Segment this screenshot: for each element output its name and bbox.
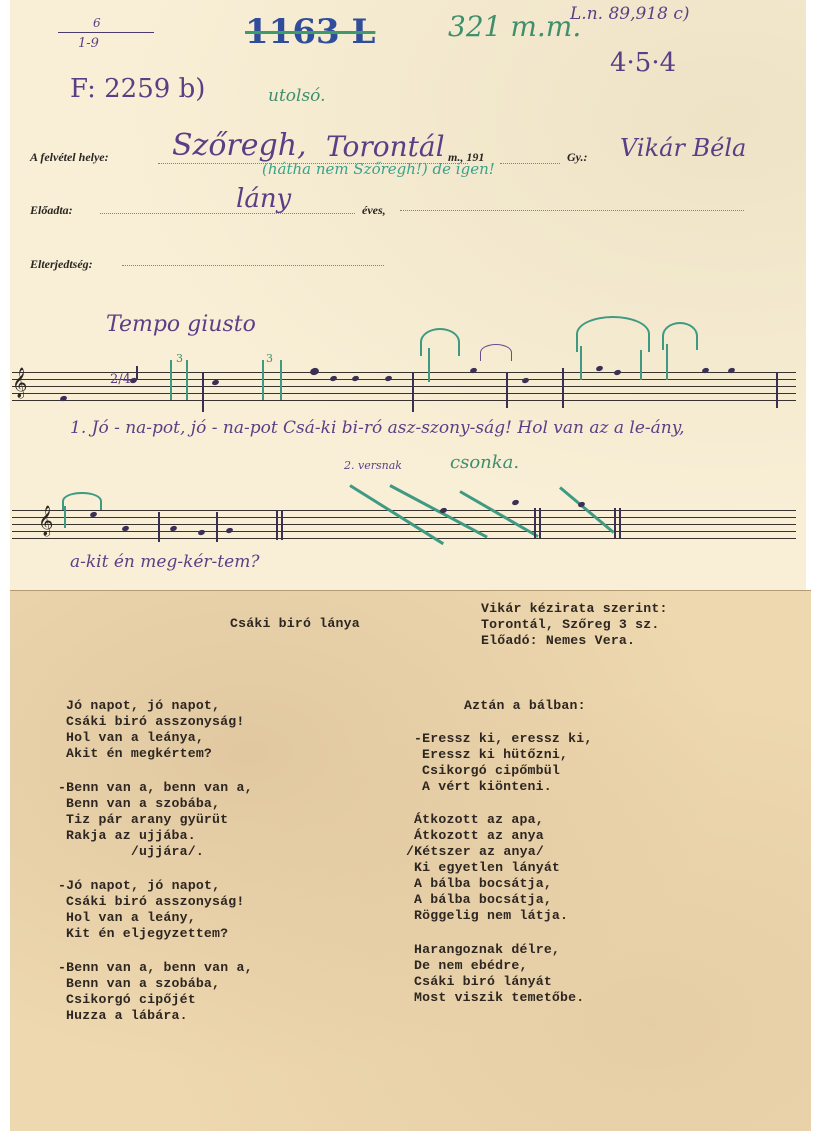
treble-clef-icon: 𝄞 xyxy=(12,368,27,399)
verse-line: -Benn van a, benn van a, xyxy=(58,960,253,976)
verse-line: De nem ebédre, xyxy=(414,958,528,974)
collector-label: Gy.: xyxy=(567,150,588,165)
source-line-3: Előadó: Nemes Vera. xyxy=(481,633,635,649)
barline xyxy=(216,512,218,542)
verse-line: Röggelig nem látja. xyxy=(414,908,568,924)
typed-transcript-card xyxy=(10,590,811,1131)
note-stem xyxy=(170,360,172,400)
performer-field xyxy=(100,213,355,214)
double-barline xyxy=(539,508,541,538)
time-signature: 2/4 xyxy=(110,372,131,387)
verse-line: Csáki biró lányát xyxy=(414,974,552,990)
barline xyxy=(202,372,204,412)
place-note: (hátha nem Szőregh!) de igen! xyxy=(262,160,495,178)
barline xyxy=(562,368,564,408)
verse-line: -Benn van a, benn van a, xyxy=(58,780,253,796)
measure-number: 321 m.m. xyxy=(448,10,581,43)
lyrics-line-2: a-kit én meg-kér-tem? xyxy=(70,552,259,572)
slur xyxy=(480,344,512,361)
verse-line: -Eressz ki, eressz ki, xyxy=(414,731,593,747)
note-stem xyxy=(580,346,582,380)
archive-number: F: 2259 b) xyxy=(70,74,205,104)
age-label: éves, xyxy=(362,203,386,218)
archive-note: utolsó. xyxy=(268,86,326,106)
note-stem xyxy=(428,348,430,382)
collector-value: Vikár Béla xyxy=(620,134,746,162)
spread-field xyxy=(122,265,384,266)
catalog-code: 4·5·4 xyxy=(610,48,676,78)
verse-line: Rakja az ujjába. xyxy=(66,828,196,844)
note-stem xyxy=(186,360,188,400)
music-staff-2 xyxy=(12,510,796,540)
verse-line: Huzza a lábára. xyxy=(66,1008,188,1024)
note-stem xyxy=(136,366,138,380)
fraction-numerator: 6 xyxy=(93,16,101,30)
year-field xyxy=(500,163,560,164)
verse-line: Csikorgó cipőjét xyxy=(66,992,196,1008)
verse-line: A bálba bocsátja, xyxy=(414,876,552,892)
verse-line: Tiz pár arany gyürüt xyxy=(66,812,228,828)
verse-line: A vért kiönteni. xyxy=(422,779,552,795)
double-barline xyxy=(619,508,621,538)
verse-line: Benn van a szobába, xyxy=(66,976,220,992)
spread-label: Elterjedtség: xyxy=(30,257,93,272)
performer-value: lány xyxy=(236,184,291,214)
treble-clef-icon: 𝄞 xyxy=(38,506,53,537)
age-field xyxy=(400,210,744,211)
right-column-heading: Aztán a bálban: xyxy=(464,698,586,714)
barline xyxy=(158,512,160,542)
verse-line: Hol van a leánya, xyxy=(66,730,204,746)
slur xyxy=(576,316,650,352)
verse-line: Benn van a szobába, xyxy=(66,796,220,812)
verse-line: /Kétszer az anya/ xyxy=(406,844,544,860)
lyrics-line-1: 1. Jó - na-pot, jó - na-pot Csá-ki bi-ró… xyxy=(70,418,684,438)
note-stem xyxy=(280,360,282,400)
verse-line: Csikorgó cipőmbül xyxy=(422,763,560,779)
slur xyxy=(62,492,102,510)
verse-line: Hol van a leány, xyxy=(66,910,196,926)
note-stem xyxy=(666,344,668,380)
crossed-number: 1163 L xyxy=(245,12,375,52)
performer-label: Előadta: xyxy=(30,203,73,218)
verse-line: Átkozott az apa, xyxy=(414,812,544,828)
verse-line: -Jó napot, jó napot, xyxy=(58,878,220,894)
note-stem xyxy=(640,350,642,380)
verse-line: Most viszik temetőbe. xyxy=(414,990,584,1006)
double-barline xyxy=(534,508,536,538)
tuplet-marker: 3 xyxy=(266,352,273,365)
double-barline xyxy=(614,508,616,538)
verse-line: Harangoznak délre, xyxy=(414,942,560,958)
county-value: Torontál xyxy=(326,130,445,163)
verse-line: Kit én eljegyzettem? xyxy=(66,926,228,942)
double-barline xyxy=(276,510,278,540)
second-verse-note-green: csonka. xyxy=(450,452,519,473)
reference-number: L.n. 89,918 c) xyxy=(570,4,690,24)
tempo-marking: Tempo giusto xyxy=(106,312,256,337)
verse-line: Jó napot, jó napot, xyxy=(66,698,220,714)
source-line-2: Torontál, Szőreg 3 sz. xyxy=(481,617,660,633)
note-stem xyxy=(262,360,264,400)
source-line-1: Vikár kézirata szerint: xyxy=(481,601,668,617)
fraction-denominator: 1-9 xyxy=(78,36,99,51)
second-verse-note: 2. versnak xyxy=(344,459,402,472)
verse-line: Csáki biró asszonyság! xyxy=(66,714,245,730)
verse-line: Eressz ki hütőzni, xyxy=(422,747,568,763)
barline xyxy=(776,372,778,408)
place-label: A felvétel helye: xyxy=(30,150,109,165)
tuplet-marker: 3 xyxy=(176,352,183,365)
note-stem xyxy=(64,506,66,528)
place-value: Szőregh, xyxy=(172,128,307,163)
barline xyxy=(506,372,508,408)
verse-line: A bálba bocsátja, xyxy=(414,892,552,908)
fraction-bar xyxy=(58,32,154,33)
slur xyxy=(420,328,460,356)
verse-line: Átkozott az anya xyxy=(414,828,544,844)
barline xyxy=(412,372,414,412)
verse-line: /ujjára/. xyxy=(66,844,204,860)
verse-line: Csáki biró asszonyság! xyxy=(66,894,245,910)
verse-line: Akit én megkértem? xyxy=(66,746,212,762)
verse-line: Ki egyetlen lányát xyxy=(414,860,560,876)
double-barline xyxy=(281,510,283,540)
song-title: Csáki biró lánya xyxy=(230,616,360,632)
